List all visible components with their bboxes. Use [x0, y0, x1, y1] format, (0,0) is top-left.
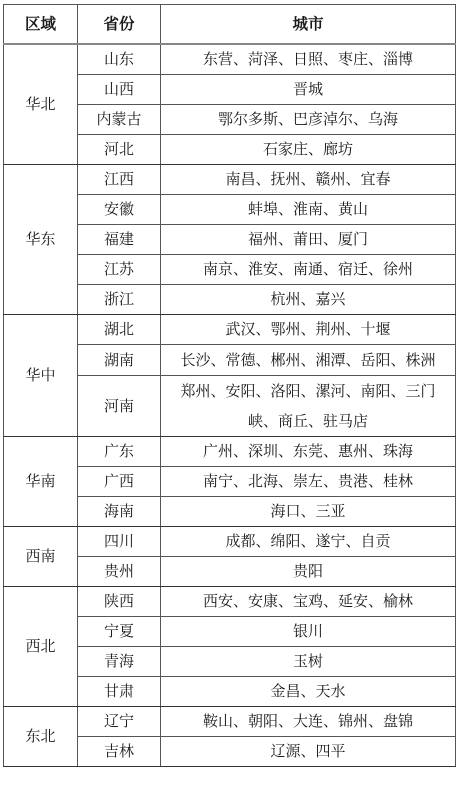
table-row: 华中 湖北 武汉、鄂州、荆州、十堰: [4, 315, 456, 345]
region-cell: 西北: [4, 587, 78, 707]
province-cell: 贵州: [78, 557, 161, 587]
table-row: 华东 江西 南昌、抚州、赣州、宜春: [4, 165, 456, 195]
cities-cell: 石家庄、廊坊: [161, 135, 456, 165]
cities-cell: 杭州、嘉兴: [161, 285, 456, 315]
region-cell: 华南: [4, 437, 78, 527]
table-row: 华北 山东 东营、菏泽、日照、枣庄、淄博: [4, 44, 456, 75]
cities-cell: 成都、绵阳、遂宁、自贡: [161, 527, 456, 557]
header-province: 省份: [78, 5, 161, 45]
table-row: 西北 陕西 西安、安康、宝鸡、延安、榆林: [4, 587, 456, 617]
header-cities: 城市: [161, 5, 456, 45]
province-cell: 湖北: [78, 315, 161, 345]
cities-cell: 南宁、北海、崇左、贵港、桂林: [161, 467, 456, 497]
province-cell: 陕西: [78, 587, 161, 617]
province-cell: 辽宁: [78, 707, 161, 737]
cities-cell: 鄂尔多斯、巴彦淖尔、乌海: [161, 105, 456, 135]
region-cell: 华中: [4, 315, 78, 437]
province-cell: 河南: [78, 376, 161, 437]
province-cell: 河北: [78, 135, 161, 165]
cities-cell: 南京、淮安、南通、宿迁、徐州: [161, 255, 456, 285]
region-city-table: 区域 省份 城市 华北 山东 东营、菏泽、日照、枣庄、淄博 山西 晋城 内蒙古 …: [3, 4, 456, 767]
province-cell: 江苏: [78, 255, 161, 285]
region-cell: 西南: [4, 527, 78, 587]
province-cell: 海南: [78, 497, 161, 527]
province-cell: 湖南: [78, 345, 161, 376]
cities-cell: 玉树: [161, 647, 456, 677]
province-cell: 浙江: [78, 285, 161, 315]
cities-cell: 西安、安康、宝鸡、延安、榆林: [161, 587, 456, 617]
province-cell: 广东: [78, 437, 161, 467]
province-cell: 福建: [78, 225, 161, 255]
header-row: 区域 省份 城市: [4, 5, 456, 45]
cities-cell: 金昌、天水: [161, 677, 456, 707]
province-cell: 青海: [78, 647, 161, 677]
cities-cell: 广州、深圳、东莞、惠州、珠海: [161, 437, 456, 467]
cities-cell: 辽源、四平: [161, 737, 456, 767]
cities-cell: 福州、莆田、厦门: [161, 225, 456, 255]
cities-cell: 银川: [161, 617, 456, 647]
header-region: 区域: [4, 5, 78, 45]
province-cell: 甘肃: [78, 677, 161, 707]
cities-cell: 东营、菏泽、日照、枣庄、淄博: [161, 44, 456, 75]
province-cell: 宁夏: [78, 617, 161, 647]
table-row: 华南 广东 广州、深圳、东莞、惠州、珠海: [4, 437, 456, 467]
table-row: 西南 四川 成都、绵阳、遂宁、自贡: [4, 527, 456, 557]
cities-cell: 郑州、安阳、洛阳、漯河、南阳、三门峡、商丘、驻马店: [161, 376, 456, 437]
cities-cell: 武汉、鄂州、荆州、十堰: [161, 315, 456, 345]
province-cell: 广西: [78, 467, 161, 497]
province-cell: 江西: [78, 165, 161, 195]
cities-cell: 蚌埠、淮南、黄山: [161, 195, 456, 225]
province-cell: 安徽: [78, 195, 161, 225]
province-cell: 内蒙古: [78, 105, 161, 135]
region-cell: 东北: [4, 707, 78, 767]
region-cell: 华北: [4, 44, 78, 165]
province-cell: 吉林: [78, 737, 161, 767]
cities-cell: 南昌、抚州、赣州、宜春: [161, 165, 456, 195]
table-row: 东北 辽宁 鞍山、朝阳、大连、锦州、盘锦: [4, 707, 456, 737]
cities-cell: 长沙、常德、郴州、湘潭、岳阳、株洲: [161, 345, 456, 376]
cities-cell: 贵阳: [161, 557, 456, 587]
province-cell: 四川: [78, 527, 161, 557]
cities-cell: 海口、三亚: [161, 497, 456, 527]
cities-cell: 晋城: [161, 75, 456, 105]
cities-cell: 鞍山、朝阳、大连、锦州、盘锦: [161, 707, 456, 737]
region-cell: 华东: [4, 165, 78, 315]
province-cell: 山东: [78, 44, 161, 75]
province-cell: 山西: [78, 75, 161, 105]
